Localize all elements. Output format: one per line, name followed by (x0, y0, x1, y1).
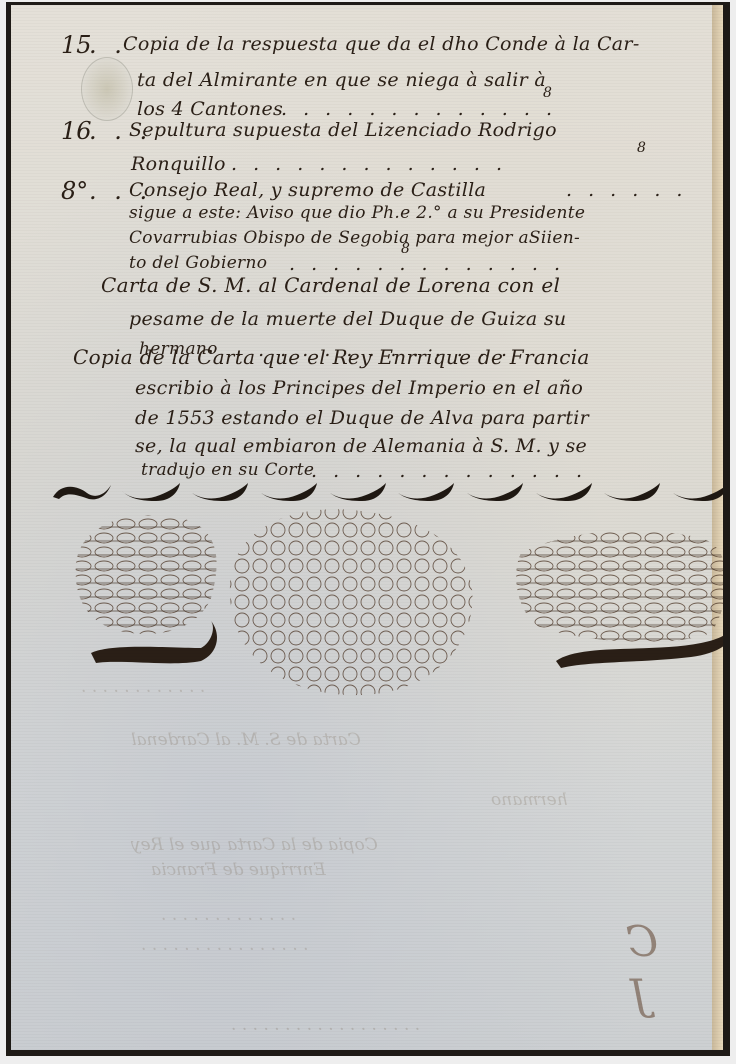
flourish-icon (532, 481, 594, 503)
entry-line: escribio à los Principes del Imperio en … (135, 377, 583, 399)
bleed-through-text: . . . . . . . . . . . . (81, 677, 205, 697)
entry-line: Covarrubias Obispo de Segobia para mejor… (129, 228, 580, 248)
entry-line: Consejo Real, y supremo de Castilla (129, 179, 486, 201)
page-ref: 8 (543, 85, 552, 101)
page-ref: 8 (637, 140, 646, 156)
bleed-through-capital: C (626, 917, 658, 966)
entry-number: 15 (61, 31, 92, 59)
entry-line: Sepultura supuesta del Lizenciado Rodrig… (129, 119, 557, 141)
entry-line: pesame de la muerte del Duque de Guiza s… (129, 308, 566, 330)
bleed-through-text: Copia de la Carta que el Rey (131, 835, 378, 855)
entry-line: Copia de la Carta que el Rey Enrrique de… (73, 345, 590, 369)
flourish-icon (600, 481, 662, 503)
entry-line: ta del Almirante en que se niega à salir… (137, 69, 546, 91)
bleed-through-text: . . . . . . . . . . . . . . . . (141, 935, 309, 955)
flourish-icon (394, 481, 456, 503)
library-stamp-icon (81, 57, 133, 121)
entry-line: Ronquillo (131, 153, 226, 175)
bleed-through-text: hermano (491, 790, 568, 810)
entry-line: se, la qual embiaron de Alemania à S. M.… (135, 435, 587, 457)
flourish-icon (669, 481, 723, 503)
dot-leader: . . (89, 31, 127, 59)
entry-number: 8° (61, 177, 88, 205)
bleed-through-capital: J (631, 970, 648, 1019)
dot-leader: . . . . . . . . . . . . . (289, 253, 565, 275)
entry-line: los 4 Cantones (137, 98, 283, 120)
bleed-through-text: Enrrique de Francia (151, 860, 326, 880)
flourish-icon (257, 481, 319, 503)
dot-leader: . . . . . . . . . . . . . (281, 98, 557, 120)
calligraphic-flourish-drawing (71, 503, 723, 703)
entry-line: to del Gobierno (129, 253, 267, 273)
entry-number: 16 (61, 117, 92, 145)
bleed-through-text: Carta de S. M. al Cardenal (131, 730, 361, 750)
flourish-icon (120, 481, 182, 503)
entry-line: sigue a este: Aviso que dio Ph.e 2.° a s… (129, 203, 585, 223)
manuscript-page: 15 . . Copia de la respuesta que da el d… (11, 5, 723, 1050)
entry-line: Carta de S. M. al Cardenal de Lorena con… (101, 273, 560, 297)
flourish-icon (463, 481, 525, 503)
flourish-icon (188, 481, 250, 503)
flourish-icon (51, 481, 113, 503)
bleed-through-text: . . . . . . . . . . . . . . . . . . (231, 1015, 420, 1035)
bleed-through-text: . . . . . . . . . . . . . (161, 905, 296, 925)
dot-leader: . . . . . . (566, 179, 687, 201)
entry-line: de 1553 estando el Duque de Alva para pa… (135, 407, 589, 429)
flourish-icon (326, 481, 388, 503)
page-ref: 8 (401, 241, 410, 257)
dot-leader: . . . . . . . . . . . . . (231, 153, 507, 175)
entry-line: Copia de la respuesta que da el dho Cond… (123, 33, 640, 55)
